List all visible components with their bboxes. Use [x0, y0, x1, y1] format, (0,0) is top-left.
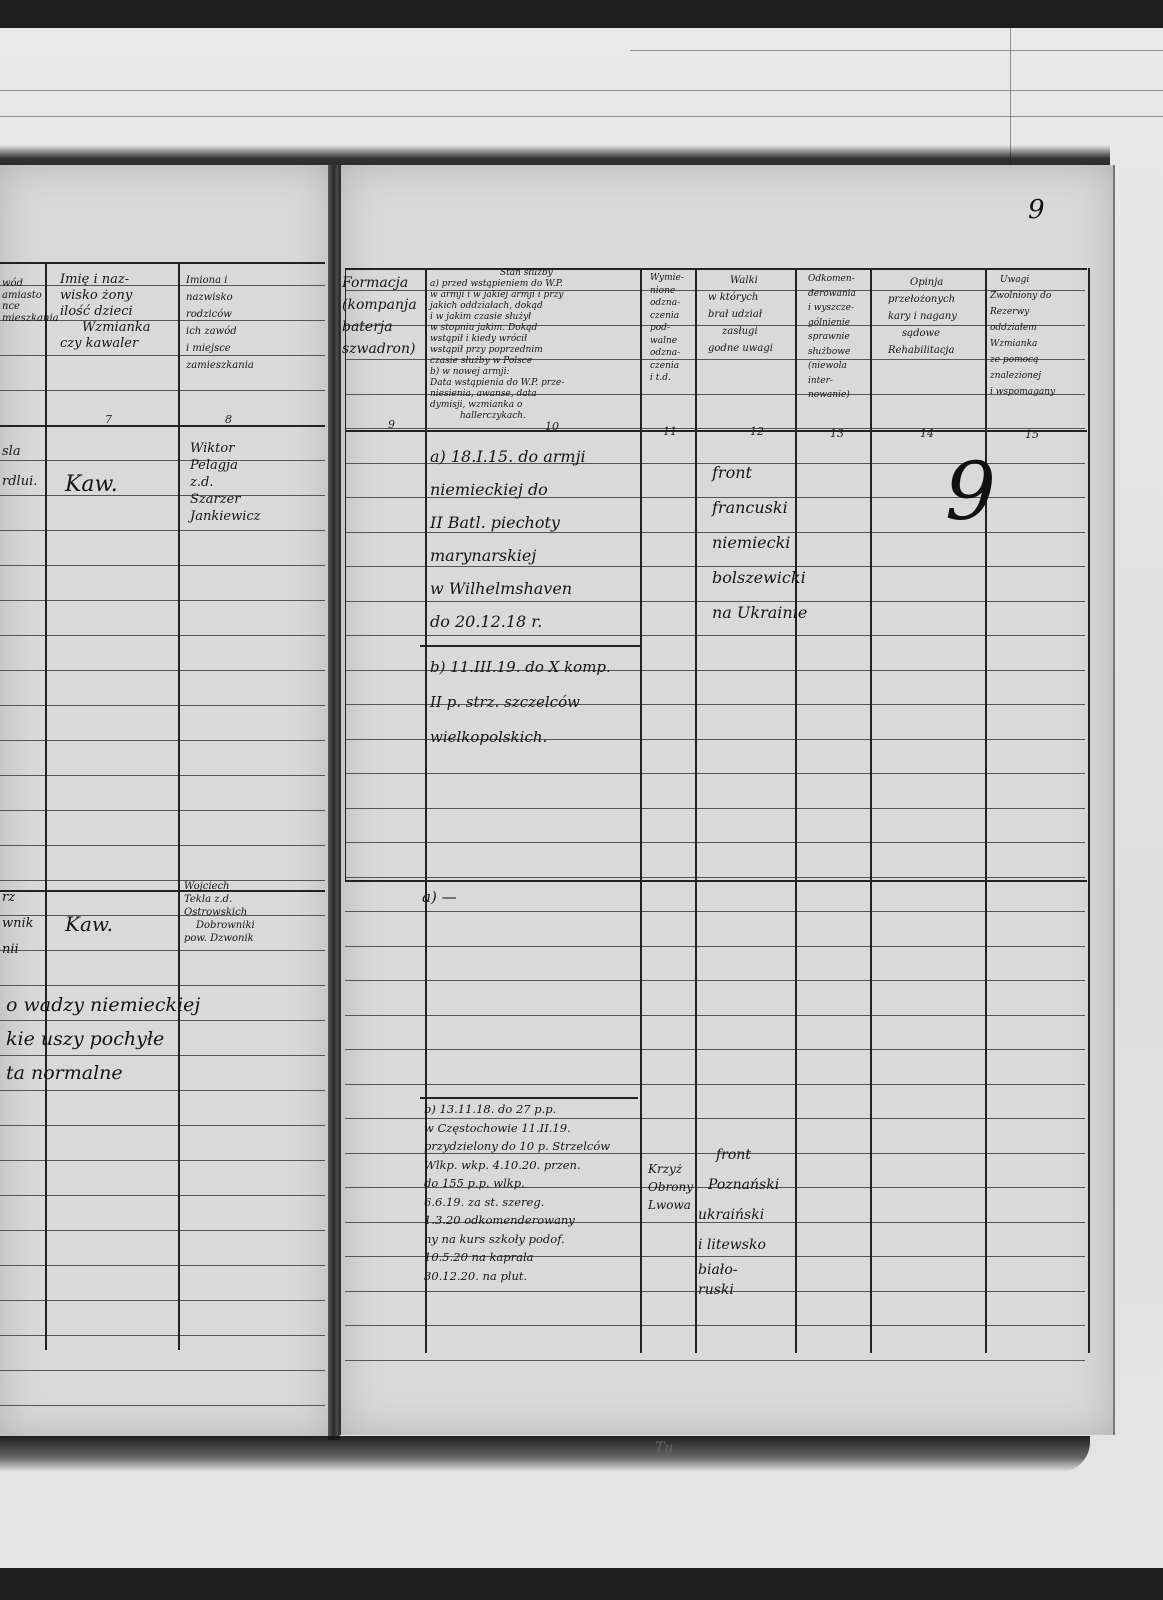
ledger-rule [345, 1084, 1085, 1085]
ledger-rule [345, 1325, 1085, 1326]
ledger-rule [0, 950, 325, 951]
column-number: 8 [225, 413, 232, 426]
col13-header: Odkomen- derowania i wyszcze- gólnienie … [808, 272, 856, 403]
col14-header: Opinja przełożonych kary i nagany sądowe… [888, 274, 957, 359]
entry1-battles: front francuski niemiecki bolszewicki na… [712, 455, 807, 630]
ledger-rule [0, 530, 325, 531]
ledger-rule [985, 268, 987, 1353]
ledger-rule [345, 880, 1087, 882]
ledger-rule [345, 1015, 1085, 1016]
column-number: 10 [545, 420, 559, 433]
column-number: 14 [920, 427, 934, 440]
ledger-rule [1088, 268, 1090, 1353]
ledger-rule [0, 775, 325, 776]
left-entry2-col7: Kaw. [65, 915, 113, 933]
entry2-battles: front Poznański ukraiński i litewsko bia… [698, 1140, 779, 1300]
ledger-rule [0, 1125, 325, 1126]
ledger-rule [0, 810, 325, 811]
ledger-rule [420, 1097, 638, 1099]
ledger-rule [345, 428, 1085, 429]
desk-rule [0, 116, 1163, 117]
ledger-rule [345, 1360, 1085, 1361]
ledger-rule [0, 670, 325, 671]
ledger-rule [640, 268, 642, 1353]
column-number: 7 [105, 413, 112, 426]
ledger-rule [0, 600, 325, 601]
col12-header: Walki w których brał udział zasługi godn… [708, 272, 773, 357]
desk-rule [0, 90, 1163, 91]
desk-rule [630, 50, 1163, 51]
column-number: 13 [830, 427, 844, 440]
ledger-rule [0, 425, 325, 427]
ledger-rule [0, 460, 325, 461]
left-entry2-col6: rz wnik nii [2, 885, 34, 963]
ledger-rule [0, 1405, 325, 1406]
ledger-rule [0, 635, 325, 636]
column-number: 11 [663, 425, 677, 438]
col11-header: Wymie- nione odzna- czenia pod- walne od… [650, 272, 684, 385]
ledger-rule [345, 842, 1085, 843]
ledger-rule [0, 1370, 325, 1371]
ledger-rule [0, 355, 325, 356]
ledger-rule [0, 1195, 325, 1196]
entry-marker: 9 [945, 452, 996, 532]
ledger-rule [0, 1335, 325, 1336]
left-entry1-col7: Kaw. [65, 476, 118, 494]
entry2-service-a: a) — [422, 888, 457, 906]
left-entry2-col8: Wojciech Tekla z.d. Ostrowskich Dobrowni… [184, 880, 255, 945]
ledger-rule [0, 880, 325, 881]
ledger-rule [45, 262, 47, 1350]
ledger-rule [345, 808, 1085, 809]
ledger-rule [0, 1265, 325, 1266]
ledger-rule [0, 1230, 325, 1231]
left-col6-header: wód amiasto nce mieszkania [2, 278, 59, 324]
ledger-rule [0, 985, 325, 986]
ledger-rule [0, 390, 325, 391]
pencil-note: Tu [655, 1440, 673, 1456]
ledger-rule [0, 565, 325, 566]
left-entry1-col6: sla rdlui. [2, 437, 37, 497]
ledger-rule [345, 877, 1085, 878]
entry2-decorations: Krzyż Obrony Lwowa [648, 1160, 693, 1214]
page-shadow-bottom [0, 1436, 1090, 1472]
ledger-rule [0, 845, 325, 846]
left-entry1-col8: Wiktor Pelagja z.d. Szarzer Jankiewicz [190, 440, 260, 525]
ledger-rule [178, 262, 180, 1350]
ledger-rule [345, 430, 1087, 432]
ledger-rule [0, 915, 325, 916]
left-col7-header: Imię i naz- wisko żony ilość dzieci Wzmi… [60, 272, 150, 352]
ledger-rule [0, 262, 325, 264]
ledger-rule [795, 268, 797, 1353]
ledger-rule [0, 890, 325, 892]
ledger-rule [870, 268, 872, 1353]
ledger-rule [345, 773, 1085, 774]
entry1-service-a: a) 18.I.15. do armji niemieckiej do II B… [430, 440, 586, 638]
col10-header: Stan służby a) przed wstąpieniem do W.P.… [430, 268, 564, 422]
page-shadow-top [0, 145, 1110, 167]
ledger-rule [0, 705, 325, 706]
ledger-rule [0, 1300, 325, 1301]
column-number: 12 [750, 425, 764, 438]
ledger-rule [0, 740, 325, 741]
col15-header: Uwagi Zwolniony do Rezerwy oddziałem Wzm… [990, 272, 1055, 400]
ledger-rule [695, 268, 697, 1353]
ledger-rule [0, 495, 325, 496]
ledger-rule [345, 911, 1085, 912]
entry1-service-b: b) 11.III.19. do X komp. II p. strz. szc… [430, 650, 611, 755]
column-number: 9 [388, 418, 395, 431]
ledger-rule [420, 645, 642, 647]
ledger-rule [0, 1160, 325, 1161]
column-number: 15 [1025, 428, 1039, 441]
ledger-rule [0, 1090, 325, 1091]
entry2-service-b: b) 13.11.18. do 27 p.p. w Częstochowie 1… [424, 1100, 610, 1285]
col9-header: Formacja (kompanja baterja szwadron) [342, 272, 417, 360]
ledger-rule [345, 946, 1085, 947]
left-remarks: o wadzy niemieckiej kie uszy pochyłe ta … [6, 988, 200, 1090]
ledger-rule [345, 1049, 1085, 1050]
folio-number: 9 [1028, 195, 1045, 225]
ledger-rule [345, 980, 1085, 981]
left-col8-header: Imiona i nazwisko rodziców ich zawód i m… [186, 272, 254, 374]
